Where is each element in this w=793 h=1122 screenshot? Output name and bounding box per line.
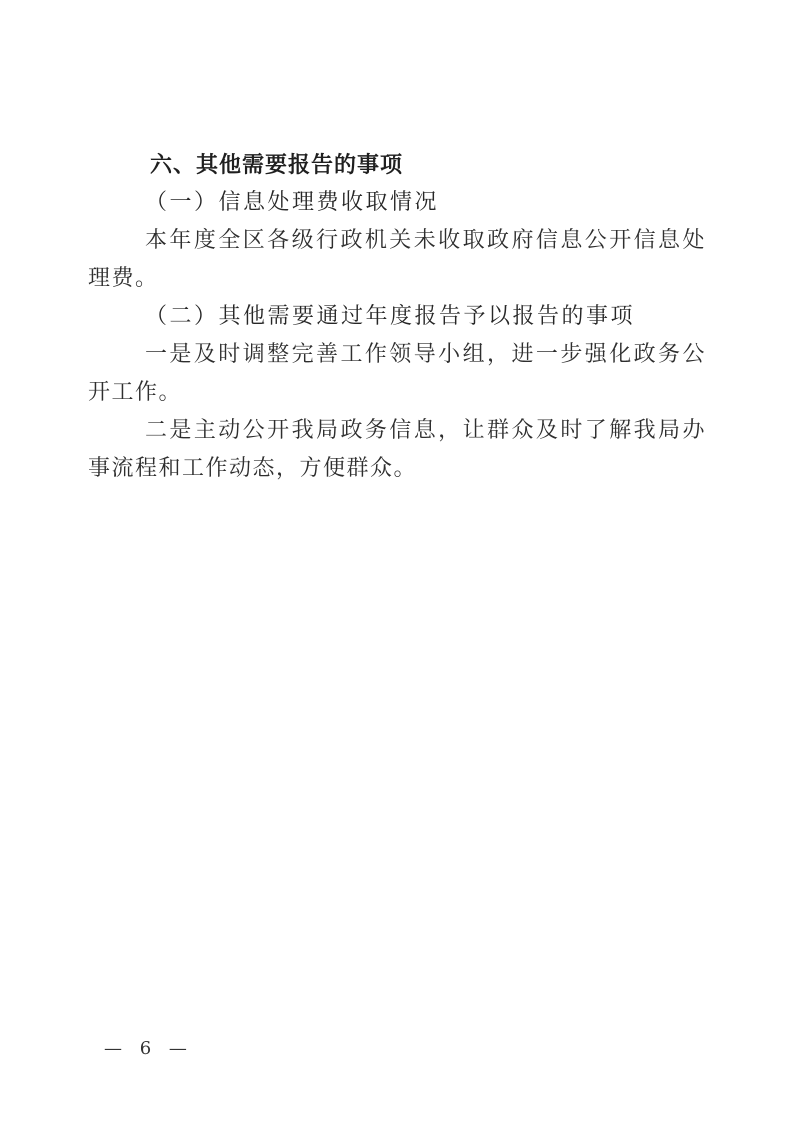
subsection-1-paragraph: 本年度全区各级行政机关未收取政府信息公开信息处理费。: [88, 222, 706, 298]
subsection-2-paragraph-2: 二是主动公开我局政务信息，让群众及时了解我局办事流程和工作动态，方便群众。: [88, 412, 706, 488]
document-content: 六、其他需要报告的事项 （一）信息处理费收取情况 本年度全区各级行政机关未收取政…: [88, 146, 706, 488]
document-page: 六、其他需要报告的事项 （一）信息处理费收取情况 本年度全区各级行政机关未收取政…: [0, 0, 793, 1122]
subsection-2-paragraph-1: 一是及时调整完善工作领导小组，进一步强化政务公开工作。: [88, 336, 706, 412]
section-heading: 六、其他需要报告的事项: [88, 146, 706, 184]
subsection-1-heading: （一）信息处理费收取情况: [88, 184, 706, 222]
subsection-2-heading: （二）其他需要通过年度报告予以报告的事项: [88, 298, 706, 336]
page-number: — 6 —: [104, 1038, 189, 1059]
